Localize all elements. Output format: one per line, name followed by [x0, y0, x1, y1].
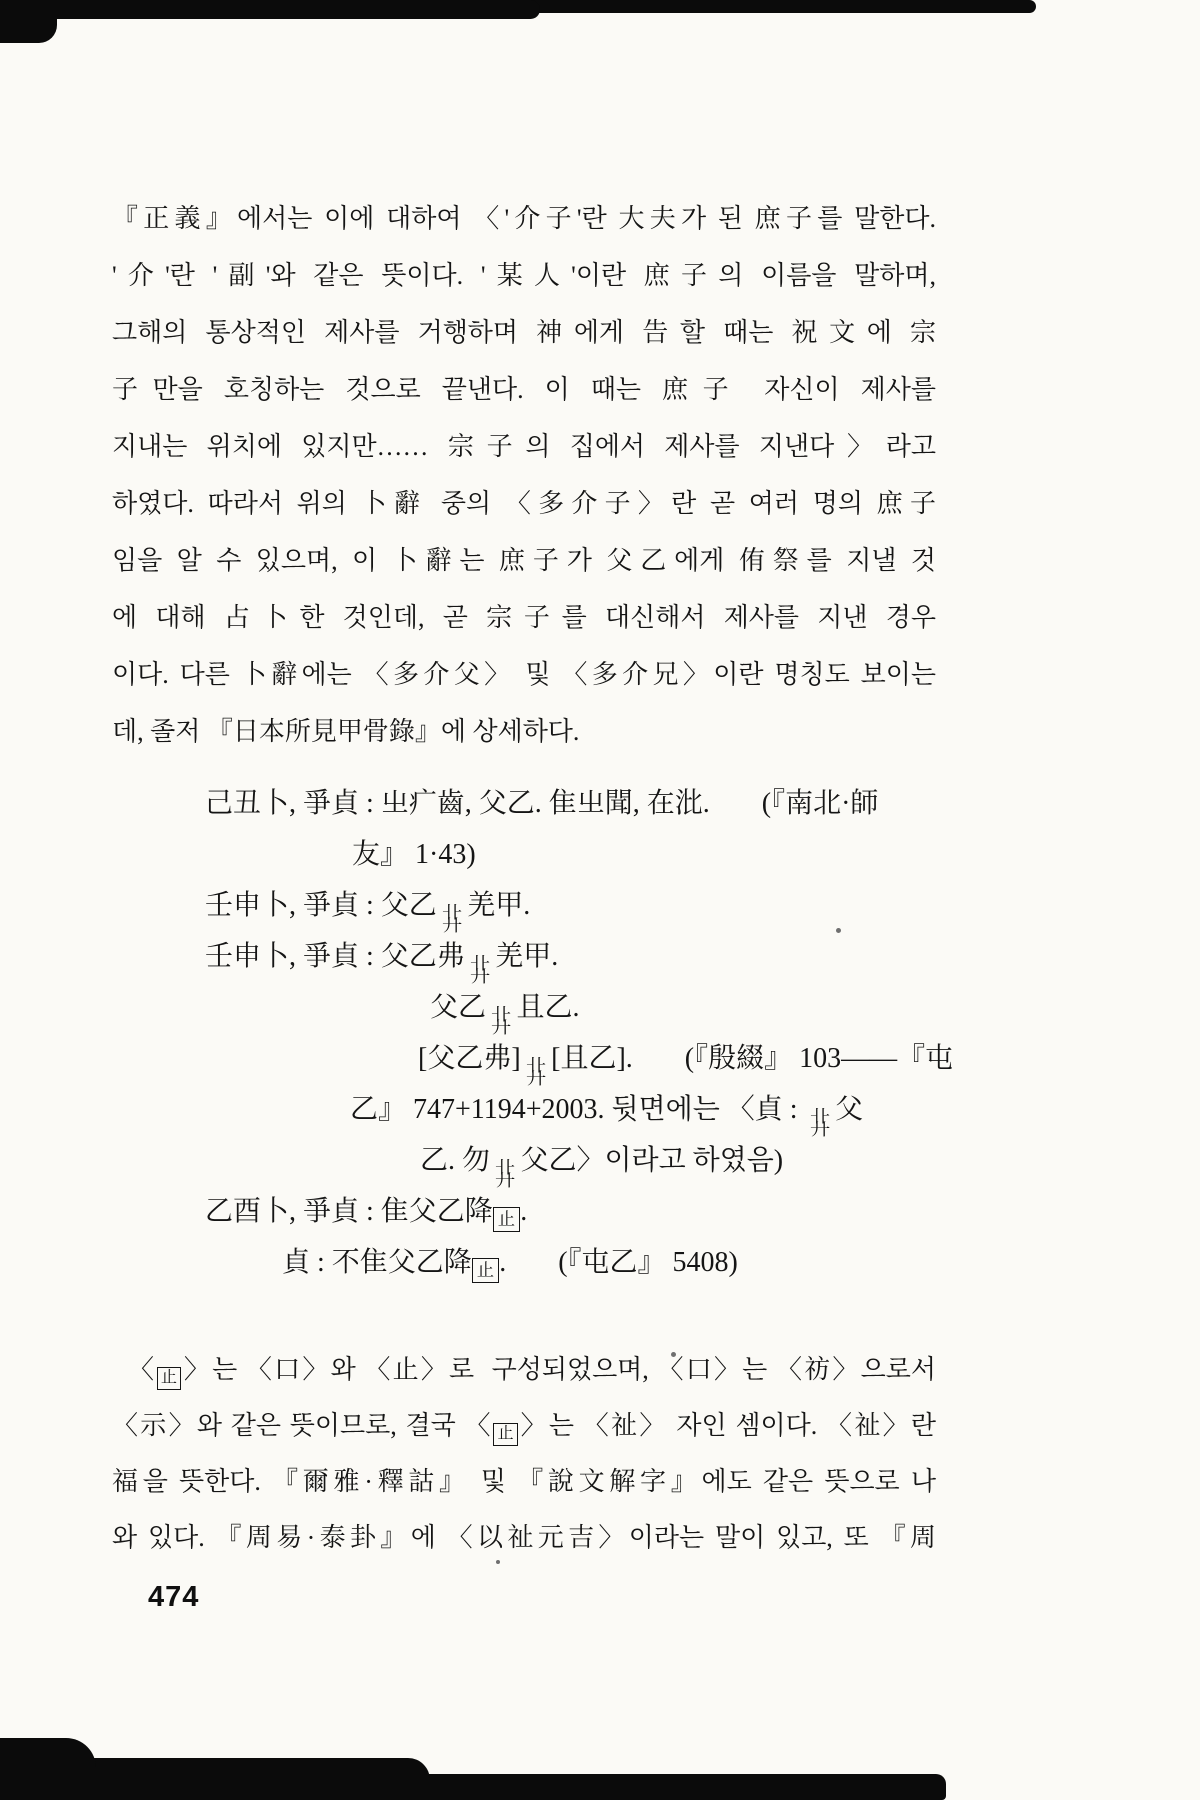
oracle-glyph-zhi-in-box: 止 [472, 1258, 498, 1283]
main-paragraph: 『正義』에서는 이에 대하여 〈'介子'란 大夫가 된 庶子를 말한다. '介'… [112, 190, 936, 760]
text-line: 乙. 勿卝廾父乙〉이라고 하였음) [420, 1135, 1200, 1186]
oracle-glyph-zhi-in-box: 止 [493, 1423, 517, 1446]
text-line: '介'란 '副'와 같은 뜻이다. '某人'이란 庶子의 이름을 말하며, [112, 247, 936, 304]
oracle-glyph-zhi-in-box: 止 [493, 1207, 519, 1232]
text-line: 壬申卜, 爭貞 : 父乙弗卝廾羌甲. [205, 931, 1200, 982]
scan-ink-mark-top-strip-2 [0, 0, 540, 19]
text-line: 貞 : 不隹父乙降止.(『屯乙』 5408) [282, 1237, 1200, 1288]
text-line: [父乙弗]卝廾[且乙].(『殷綴』 103——『屯 [418, 1033, 1200, 1084]
text-line: 父乙卝廾且乙. [430, 982, 1200, 1033]
text-line: 壬申卜, 爭貞 : 父乙卝廾羌甲. [205, 880, 1200, 931]
page-number: 474 [148, 1581, 199, 1614]
text-line: 하였다. 따라서 위의 卜辭 중의 〈多介子〉란 곧 여러 명의 庶子 [112, 475, 936, 532]
text-line: 데, 졸저 『日本所見甲骨錄』에 상세하다. [112, 703, 936, 760]
closing-paragraph: 〈止〉는 〈口〉와 〈止〉로 구성되었으며, 〈口〉는 〈祊〉으로서〈示〉와 같… [112, 1342, 936, 1566]
oracle-glyph-kun-over-gong: 卝廾 [805, 1110, 834, 1138]
text-line: 子만을 호칭하는 것으로 끝낸다. 이 때는 庶子 자신이 제사를 [112, 361, 936, 418]
text-line: 그해의 통상적인 제사를 거행하며 神에게 告할 때는 祝文에 宗 [112, 304, 936, 361]
scan-ink-mark-top-corner [0, 0, 57, 43]
oracle-glyph-zhi-in-box: 止 [157, 1367, 181, 1390]
text-line: 에 대해 占卜한 것인데, 곧 宗子를 대신해서 제사를 지낸 경우 [112, 589, 936, 646]
text-line: 이다. 다른 卜辭에는 〈多介父〉 및 〈多介兄〉이란 명칭도 보이는 [112, 646, 936, 703]
text-line: 지내는 위치에 있지만…… 宗子의 집에서 제사를 지낸다〉라고 [112, 418, 936, 475]
text-line: 己丑卜, 爭貞 : 㞢疒齒, 父乙. 隹㞢聞, 在沘.(『南北·師 [205, 778, 1200, 829]
oracle-inscription-block: 己丑卜, 爭貞 : 㞢疒齒, 父乙. 隹㞢聞, 在沘.(『南北·師友』 1·43… [205, 778, 1200, 1288]
text-line: 와 있다. 『周易·泰卦』에 〈以祉元吉〉이라는 말이 있고, 또 『周 [112, 1510, 936, 1566]
text-line: 乙酉卜, 爭貞 : 隹父乙降止. [205, 1186, 1200, 1237]
scan-ink-mark-bottom-corner [0, 1738, 96, 1800]
text-line: 友』 1·43) [352, 829, 1200, 880]
text-line: 임을 알 수 있으며, 이 卜辭는 庶子가 父乙에게 侑祭를 지낼 것 [112, 532, 936, 589]
text-line: 〈止〉는 〈口〉와 〈止〉로 구성되었으며, 〈口〉는 〈祊〉으로서 [112, 1342, 936, 1398]
text-line: 『正義』에서는 이에 대하여 〈'介子'란 大夫가 된 庶子를 말한다. [112, 190, 936, 247]
text-line: 乙』 747+1194+2003. 뒷면에는 〈貞 : 卝廾父 [350, 1084, 1200, 1135]
book-page: 『正義』에서는 이에 대하여 〈'介子'란 大夫가 된 庶子를 말한다. '介'… [0, 0, 1200, 1800]
oracle-glyph-kun-over-gong: 卝廾 [521, 1059, 550, 1087]
text-line: 福을 뜻한다. 『爾雅·釋詁』 및 『說文解字』에도 같은 뜻으로 나 [112, 1454, 936, 1510]
text-line: 〈示〉와 같은 뜻이므로, 결국 〈止〉는 〈祉〉 자인 셈이다. 〈祉〉란 [112, 1398, 936, 1454]
